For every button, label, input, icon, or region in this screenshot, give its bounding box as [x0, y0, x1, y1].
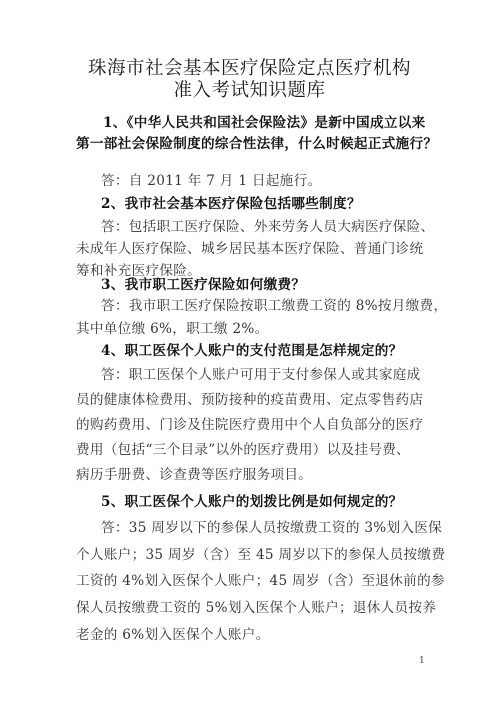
answer-4-line5: 病历手册费、诊查费等医疗服务项目。	[76, 469, 312, 483]
question-3: 3、我市职工医疗保险如何缴费？	[101, 279, 305, 293]
answer-1-line1: 答：自 2011 年 7 月 1 日起施行。	[101, 175, 321, 189]
answer-5-line5: 老金的 6%划入医保个人账户。	[76, 629, 270, 643]
page-number: 1	[419, 656, 425, 666]
answer-3-line2: 其中单位缴 6%，职工缴 2%。	[76, 323, 269, 337]
answer-4-line1: 答：职工医保个人账户可用于支付参保人或其家庭成	[101, 369, 421, 383]
answer-3-line1: 答：我市职工医疗保险按职工缴费工资的 8%按月缴费，	[101, 300, 447, 314]
answer-2-line1: 答：包括职工医疗保险、外来劳务人员大病医疗保险、	[101, 221, 434, 235]
answer-4-line3: 的购药费用、门诊及住院医疗费用中个人自负部分的医疗	[76, 419, 423, 433]
question-1-line2: 第一部社会保险制度的综合性法律，什么时候起正式施行？	[76, 138, 437, 152]
answer-5-line4: 保人员按缴费工资的 5%划入医保个人账户；退休人员按养	[76, 602, 436, 616]
question-1-line1: 1、《中华人民共和国社会保险法》是新中国成立以来	[103, 117, 426, 131]
answer-5-line1: 答：35 周岁以下的参保人员按缴费工资的 3%划入医保	[101, 522, 442, 536]
question-5: 5、职工医保个人账户的划拨比例是如何规定的？	[101, 496, 403, 510]
answer-5-line2: 个人账户；35 周岁（含）至 45 周岁以下的参保人员按缴费	[76, 549, 445, 563]
question-4: 4、职工医保个人账户的支付范围是怎样规定的？	[101, 345, 403, 359]
answer-5-line3: 工资的 4%划入医保个人账户；45 周岁（含）至退休前的参	[76, 575, 445, 589]
answer-4-line2: 员的健康体检费用、预防接种的疫苗费用、定点零售药店	[76, 394, 423, 408]
question-2: 2、我市社会基本医疗保险包括哪些制度？	[101, 198, 361, 212]
answer-4-line4: 费用（包括“三个目录”以外的医疗费用）以及挂号费、	[76, 444, 410, 458]
document-title-line1: 珠海市社会基本医疗保险定点医疗机构	[0, 60, 499, 79]
document-title-line2: 准入考试知识题库	[0, 82, 499, 101]
answer-2-line2: 未成年人医疗保险、城乡居民基本医疗保险、普通门诊统	[76, 243, 423, 257]
